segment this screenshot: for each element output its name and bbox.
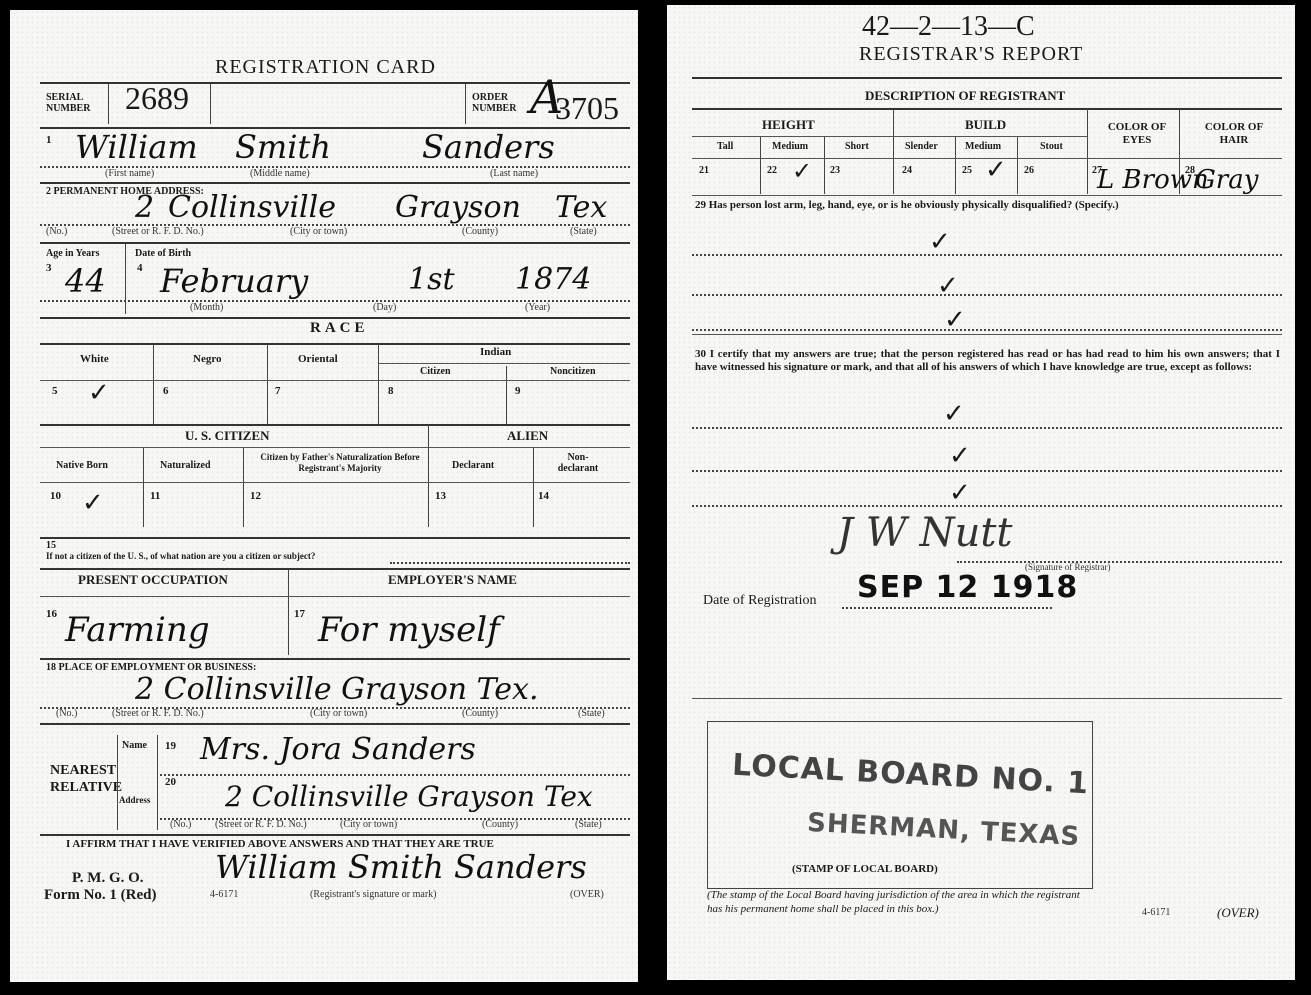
q20-number: 20 [165, 776, 176, 788]
relative-name: Mrs. Jora Sanders [200, 732, 476, 767]
occupation-label: PRESENT OCCUPATION [78, 572, 228, 588]
build-medium-header: Medium [965, 141, 1001, 152]
race-indian-header: Indian [480, 346, 511, 358]
height-tall-header: Tall [717, 141, 733, 152]
caption-street: (Street or R. F. D. No.) [112, 708, 204, 719]
q14-number: 14 [538, 490, 549, 502]
caption-street: (Street or R. F. D. No.) [112, 226, 204, 237]
caption-month: (Month) [190, 302, 223, 313]
caption-city: (City or town) [340, 819, 397, 830]
order-label: ORDER NUMBER [472, 92, 522, 114]
registrar-signature: J W Nutt [837, 510, 1013, 556]
q12-number: 12 [250, 490, 261, 502]
back-over-label: (OVER) [1217, 905, 1259, 921]
dob-label: Date of Birth [135, 248, 191, 259]
employer-value: For myself [318, 610, 500, 650]
us-citizen-title: U. S. CITIZEN [185, 428, 270, 444]
date-of-registration-label: Date of Registration [703, 593, 817, 609]
form-id: P. M. G. O. [72, 870, 144, 887]
q4-number: 4 [137, 262, 143, 274]
build-stout-header: Stout [1040, 141, 1063, 152]
hair-color-value: Gray [1195, 165, 1258, 195]
q9-number: 9 [515, 385, 521, 397]
check-mark-icon: ✓ [792, 157, 812, 185]
q6-number: 6 [163, 385, 169, 397]
form-name: Form No. 1 (Red) [44, 887, 156, 904]
employer-label: EMPLOYER'S NAME [388, 572, 517, 588]
caption-day: (Day) [373, 302, 396, 313]
back-print-code: 4-6171 [1142, 907, 1170, 918]
q25-number: 25 [962, 165, 972, 176]
dob-year: 1874 [515, 262, 591, 297]
eye-color-title: COLOR OF EYES [1107, 121, 1167, 147]
fathers-naturalization-header: Citizen by Father's Naturalization Befor… [255, 452, 425, 474]
naturalized-header: Naturalized [160, 460, 211, 471]
last-name-caption: (Last name) [490, 168, 538, 179]
description-title: DESCRIPTION OF REGISTRANT [865, 88, 1065, 104]
dob-month: February [160, 262, 308, 300]
check-mark-icon: ✓ [929, 227, 951, 257]
caption-county: (County) [462, 708, 498, 719]
caption-no: (No.) [56, 708, 77, 719]
home-address-city: Collinsville [168, 190, 336, 225]
q7-number: 7 [275, 385, 281, 397]
age-value: 44 [65, 262, 106, 300]
q16-number: 16 [46, 608, 57, 620]
q8-number: 8 [388, 385, 394, 397]
q13-number: 13 [435, 490, 446, 502]
q30-certification: 30 I certify that my answers are true; t… [695, 348, 1280, 374]
q21-number: 21 [699, 165, 709, 176]
caption-county: (County) [462, 226, 498, 237]
check-mark-icon: ✓ [82, 488, 104, 518]
caption-street: (Street or R. F. D. No.) [215, 819, 307, 830]
q17-number: 17 [294, 608, 305, 620]
over-label: (OVER) [570, 889, 604, 900]
serial-code: 42—2—13—C [862, 11, 1035, 43]
q11-number: 11 [150, 490, 160, 502]
occupation-value: Farming [65, 610, 210, 650]
check-mark-icon: ✓ [937, 271, 959, 301]
q5-number: 5 [52, 385, 58, 397]
employment-address: 2 Collinsville Grayson Tex. [135, 672, 539, 707]
race-negro-header: Negro [193, 353, 222, 365]
q24-number: 24 [902, 165, 912, 176]
signature-caption: (Registrant's signature or mark) [310, 889, 437, 900]
build-title: BUILD [965, 117, 1006, 133]
q23-number: 23 [830, 165, 840, 176]
height-medium-header: Medium [772, 141, 808, 152]
first-name: William [75, 128, 198, 166]
hair-color-title: COLOR OF HAIR [1194, 121, 1274, 147]
q29-question: 29 Has person lost arm, leg, hand, eye, … [695, 199, 1280, 212]
height-title: HEIGHT [762, 117, 815, 133]
caption-city: (City or town) [310, 708, 367, 719]
registration-card-front: REGISTRATION CARD SERIAL NUMBER 2689 ORD… [10, 10, 638, 982]
caption-state: (State) [578, 708, 605, 719]
q15-number: 15 [46, 540, 56, 551]
last-name: Sanders [422, 128, 555, 166]
q19-number: 19 [165, 740, 176, 752]
caption-no: (No.) [170, 819, 191, 830]
relative-address: 2 Collinsville Grayson Tex [225, 780, 593, 813]
date-stamp: SEP 12 1918 [857, 570, 1078, 605]
caption-state: (State) [575, 819, 602, 830]
age-label: Age in Years [46, 248, 100, 259]
print-code: 4-6171 [210, 889, 238, 900]
native-born-header: Native Born [56, 460, 108, 471]
check-mark-icon: ✓ [949, 441, 971, 471]
q15-question: If not a citizen of the U. S., of what n… [46, 551, 315, 561]
build-slender-header: Slender [905, 141, 938, 152]
caption-city: (City or town) [290, 226, 347, 237]
q10-number: 10 [50, 490, 61, 502]
registrars-report-title: REGISTRAR'S REPORT [859, 43, 1083, 66]
home-address-state: Tex [555, 190, 607, 225]
race-indian-noncitizen-header: Noncitizen [550, 366, 596, 377]
q26-number: 26 [1024, 165, 1034, 176]
caption-no: (No.) [46, 226, 67, 237]
caption-state: (State) [570, 226, 597, 237]
middle-name: Smith [235, 128, 331, 166]
height-short-header: Short [845, 141, 869, 152]
nondeclarant-header: Non-declarant [548, 452, 608, 474]
home-address-county: Grayson [395, 190, 521, 225]
check-mark-icon: ✓ [88, 378, 110, 408]
serial-label: SERIAL NUMBER [46, 92, 101, 114]
dob-day: 1st [408, 262, 455, 297]
registrant-signature: William Smith Sanders [215, 848, 587, 886]
q22-number: 22 [767, 165, 777, 176]
q3-number: 3 [46, 262, 52, 274]
q1-number: 1 [46, 134, 52, 146]
race-title: RACE [310, 320, 369, 337]
stamp-caption: (STAMP OF LOCAL BOARD) [792, 863, 938, 875]
check-mark-icon: ✓ [949, 478, 971, 508]
check-mark-icon: ✓ [985, 155, 1007, 185]
middle-name-caption: (Middle name) [250, 168, 310, 179]
nearest-relative-label: NEAREST RELATIVE [50, 762, 115, 796]
race-oriental-header: Oriental [298, 353, 338, 365]
home-address-no: 2 [135, 190, 154, 225]
card-title: REGISTRATION CARD [215, 56, 436, 79]
eye-color-value: L Brown [1097, 165, 1209, 195]
order-number: 3705 [555, 90, 619, 127]
alien-title: ALIEN [507, 428, 548, 444]
stamp-note: (The stamp of the Local Board having jur… [707, 888, 1097, 916]
caption-year: (Year) [525, 302, 550, 313]
relative-name-label: Name [122, 740, 147, 751]
declarant-header: Declarant [452, 460, 494, 471]
first-name-caption: (First name) [105, 168, 154, 179]
check-mark-icon: ✓ [943, 399, 965, 429]
registration-card-back: 42—2—13—C REGISTRAR'S REPORT DESCRIPTION… [667, 5, 1295, 980]
caption-county: (County) [482, 819, 518, 830]
race-indian-citizen-header: Citizen [420, 366, 451, 377]
relative-address-label: Address [119, 795, 150, 805]
race-white-header: White [80, 353, 109, 365]
serial-number: 2689 [125, 80, 189, 117]
